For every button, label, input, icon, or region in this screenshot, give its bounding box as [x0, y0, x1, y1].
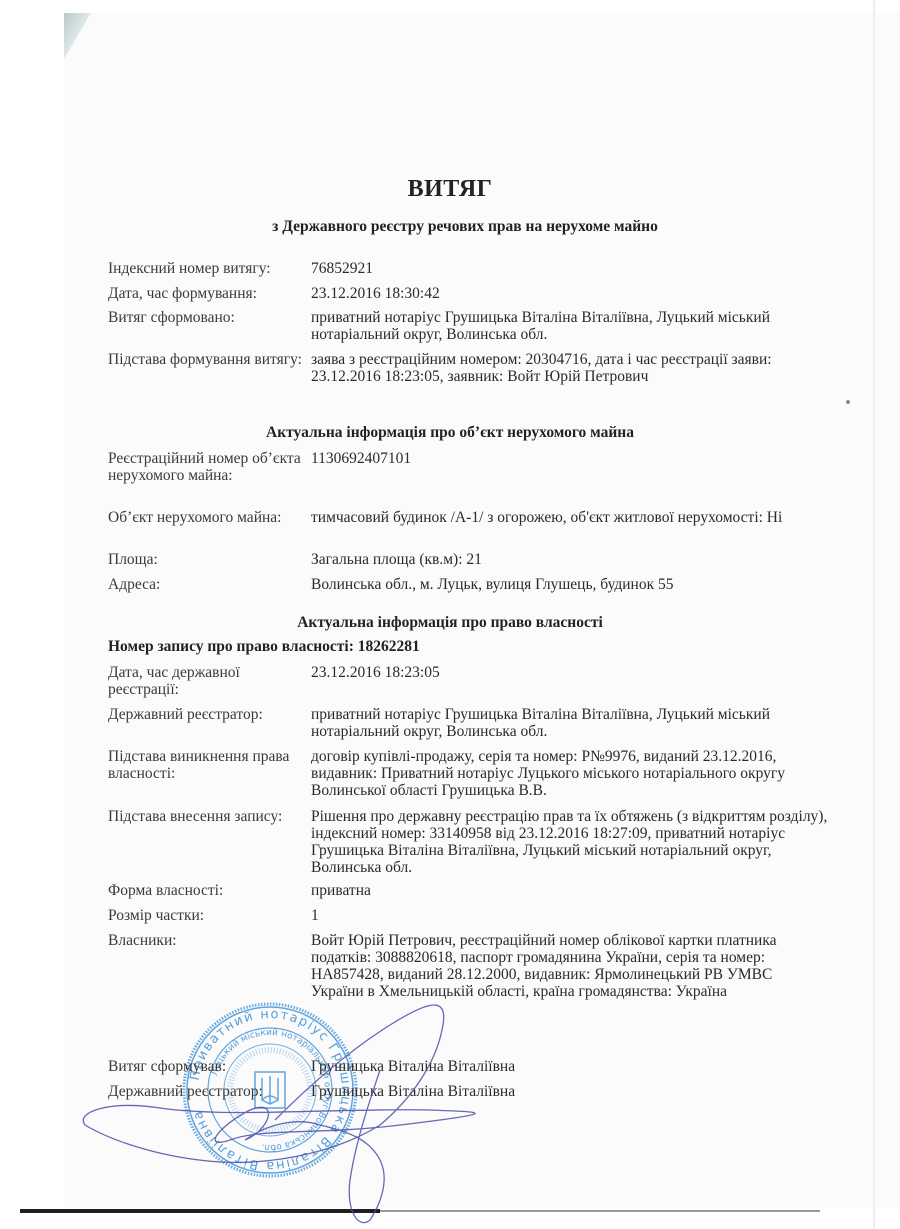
field-generated-at: Дата, час формування: 23.12.2016 18:30:4…	[108, 285, 828, 302]
field-label: Адреса:	[108, 576, 311, 593]
field-value: 23.12.2016 18:23:05	[311, 664, 828, 698]
field-ownership-basis: Підстава виникнення права власності: дог…	[108, 748, 828, 799]
document-title: ВИТЯГ	[0, 176, 900, 203]
field-label: Індексний номер витягу:	[108, 260, 311, 277]
field-address: Адреса: Волинська обл., м. Луцьк, вулиця…	[108, 576, 828, 593]
field-label: Реєстраційний номер об’єкта нерухомого м…	[108, 450, 311, 484]
field-value: заява з реєстраційним номером: 20304716,…	[311, 351, 828, 385]
field-value: 1	[311, 907, 828, 924]
field-label: Підстава внесення запису:	[108, 808, 311, 876]
field-generated-by: Витяг сформовано: приватний нотаріус Гру…	[108, 309, 828, 343]
field-value: приватна	[311, 882, 828, 899]
field-value: Грушицька Віталіна Віталіївна	[311, 1083, 828, 1100]
field-owners: Власники: Войт Юрій Петрович, реєстрацій…	[108, 932, 828, 1000]
field-share-size: Розмір частки: 1	[108, 907, 828, 924]
field-value: Рішення про державну реєстрацію прав та …	[311, 808, 828, 876]
field-object: Об’єкт нерухомого майна: тимчасовий буди…	[108, 509, 828, 526]
field-value: тимчасовий будинок /А-1/ з огорожею, об'…	[311, 509, 828, 526]
field-label: Розмір частки:	[108, 907, 311, 924]
field-value: приватний нотаріус Грушицька Віталіна Ві…	[311, 309, 828, 343]
field-label: Площа:	[108, 551, 311, 568]
section-title-object: Актуальна інформація про об’єкт нерухомо…	[0, 424, 900, 442]
signature-state-registrar: Державний реєстратор: Грушицька Віталіна…	[108, 1083, 828, 1100]
field-label: Витяг сформовано:	[108, 309, 311, 343]
field-value: Волинська обл., м. Луцьк, вулиця Глушець…	[311, 576, 828, 593]
field-area: Площа: Загальна площа (кв.м): 21	[108, 551, 828, 568]
field-value: 1130692407101	[311, 450, 828, 484]
scan-speck	[846, 400, 850, 404]
field-registration-date: Дата, час державної реєстрації: 23.12.20…	[108, 664, 828, 698]
field-extract-index: Індексний номер витягу: 76852921	[108, 260, 828, 277]
document-subtitle: з Державного реєстру речових прав на нер…	[0, 218, 900, 236]
field-value: 23.12.2016 18:30:42	[311, 285, 828, 302]
field-label: Власники:	[108, 932, 311, 1000]
ownership-record-number: Номер запису про право власності: 182622…	[108, 638, 420, 656]
field-label: Об’єкт нерухомого майна:	[108, 509, 311, 526]
field-object-reg-number: Реєстраційний номер об’єкта нерухомого м…	[108, 450, 828, 484]
field-label: Підстава виникнення права власності:	[108, 748, 311, 799]
field-label: Дата, час державної реєстрації:	[108, 664, 311, 698]
field-label: Державний реєстратор:	[108, 1083, 311, 1100]
field-label: Витяг сформував:	[108, 1058, 311, 1075]
page-bottom-edge	[20, 1209, 380, 1213]
page-bottom-edge	[380, 1210, 820, 1212]
section-title-ownership: Актуальна інформація про право власності	[0, 614, 900, 632]
field-record-basis: Підстава внесення запису: Рішення про де…	[108, 808, 828, 876]
field-value: 76852921	[311, 260, 828, 277]
field-value: приватний нотаріус Грушицька Віталіна Ві…	[311, 706, 828, 740]
field-label: Підстава формування витягу:	[108, 351, 311, 385]
field-generation-basis: Підстава формування витягу: заява з реєс…	[108, 351, 828, 385]
field-label: Форма власності:	[108, 882, 311, 899]
field-label: Дата, час формування:	[108, 285, 311, 302]
signature-extract-generated-by: Витяг сформував: Грушицька Віталіна Віта…	[108, 1058, 828, 1075]
field-value: Загальна площа (кв.м): 21	[311, 551, 828, 568]
field-value: договір купівлі-продажу, серія та номер:…	[311, 748, 828, 799]
field-value: Грушицька Віталіна Віталіївна	[311, 1058, 828, 1075]
scan-corner-artifact	[64, 13, 94, 63]
field-state-registrar: Державний реєстратор: приватний нотаріус…	[108, 706, 828, 740]
field-value: Войт Юрій Петрович, реєстраційний номер …	[311, 932, 828, 1000]
field-label: Державний реєстратор:	[108, 706, 311, 740]
field-ownership-form: Форма власності: приватна	[108, 882, 828, 899]
